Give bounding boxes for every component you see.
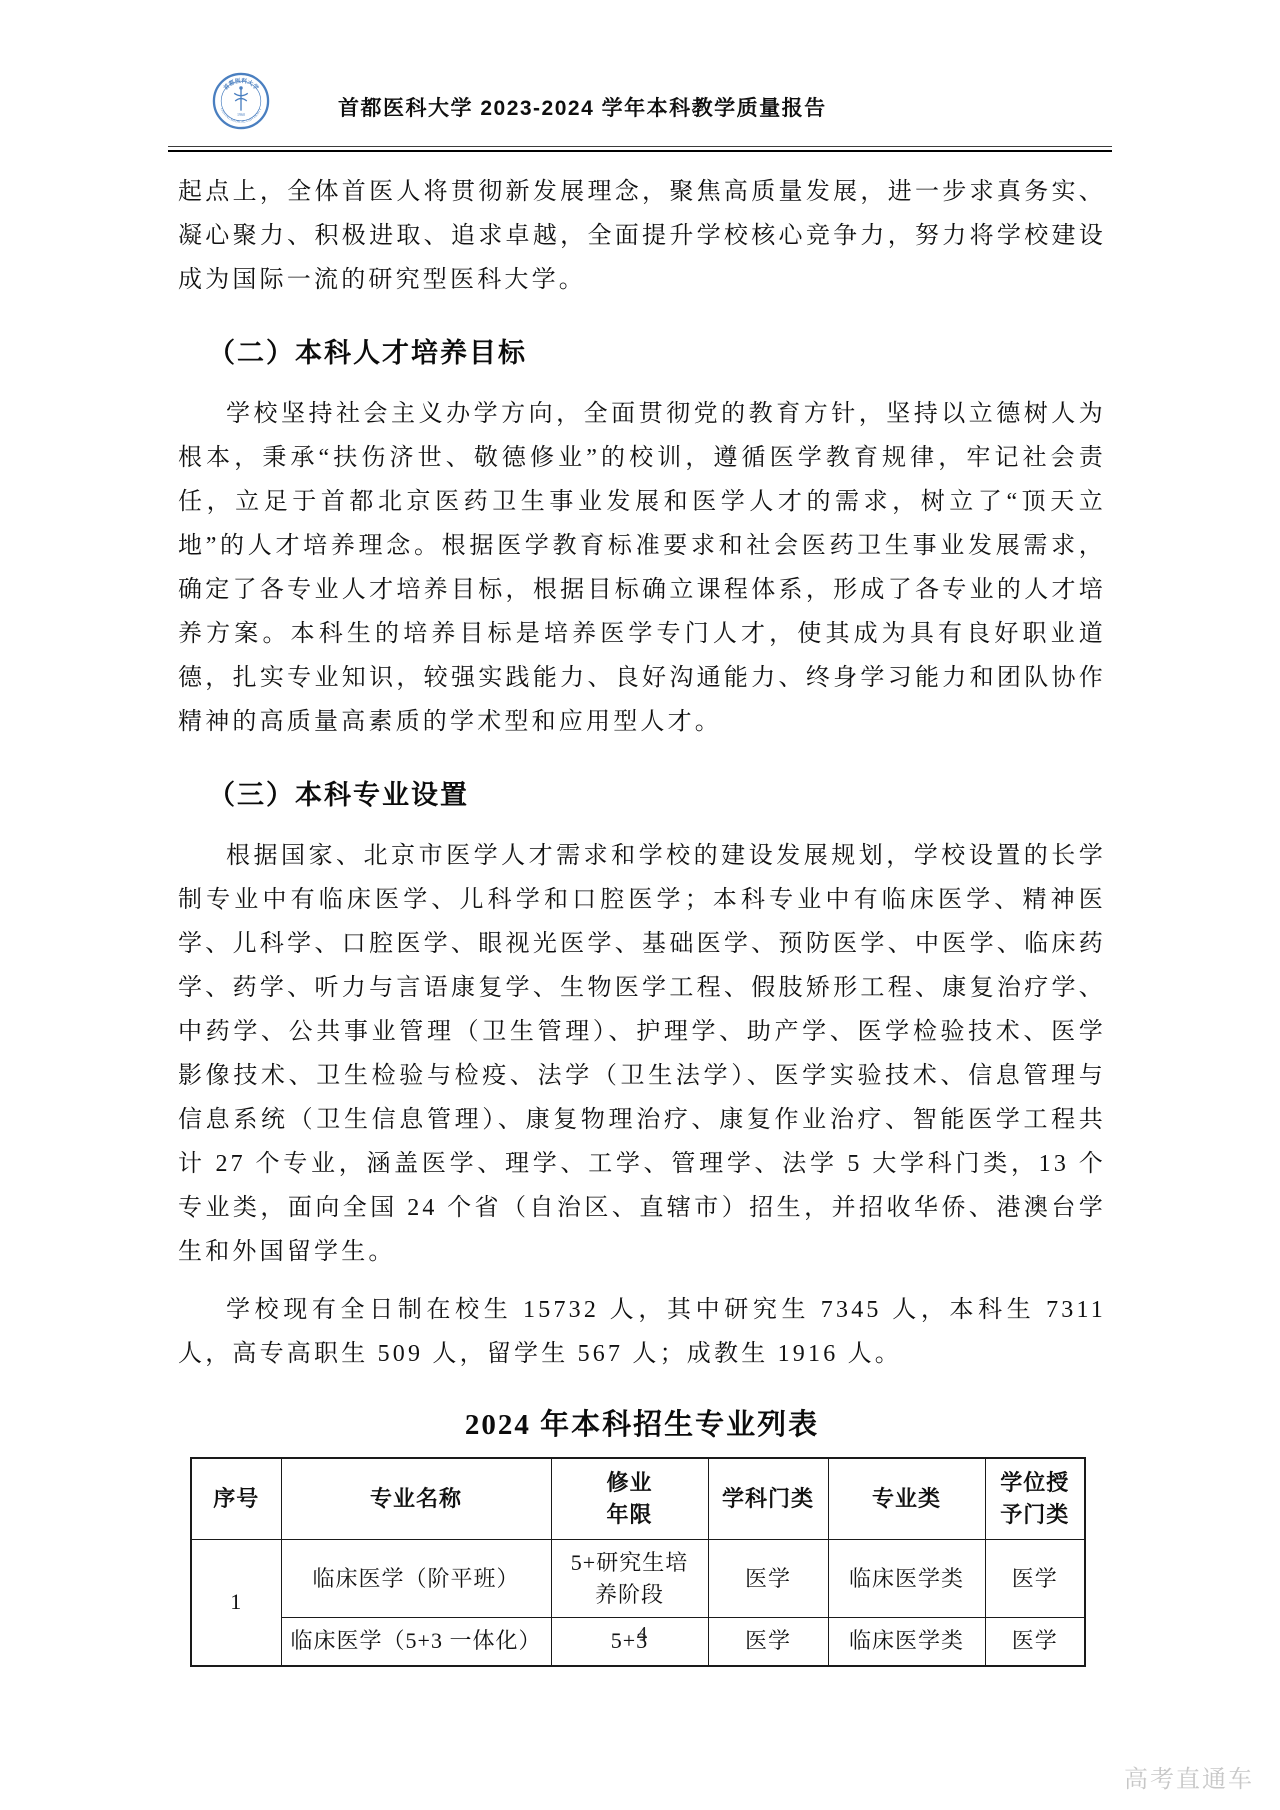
document-body: 起点上，全体首医人将贯彻新发展理念，聚焦高质量发展，进一步求真务实、凝心聚力、积… xyxy=(178,152,1106,1667)
column-header-no: 序号 xyxy=(191,1458,281,1540)
cell-duration: 5+研究生培 养阶段 xyxy=(551,1540,708,1618)
cell-major: 临床医学（阶平班） xyxy=(281,1540,551,1618)
page-number: 4 xyxy=(178,1622,1106,1647)
university-seal-icon: 首都医科大学 CAPITAL MEDICAL UNIVERSITY 1960 xyxy=(212,72,270,130)
section-heading-3: （三）本科专业设置 xyxy=(208,776,1106,814)
column-header-category: 专业类 xyxy=(828,1458,985,1540)
table-header-row: 序号 专业名称 修业 年限 学科门类 专业类 学位授 予门类 xyxy=(191,1458,1085,1540)
column-header-major: 专业名称 xyxy=(281,1458,551,1540)
column-header-discipline: 学科门类 xyxy=(708,1458,828,1540)
document-page: 首都医科大学 CAPITAL MEDICAL UNIVERSITY 1960 首… xyxy=(0,0,1280,1810)
paragraph-1: 起点上，全体首医人将贯彻新发展理念，聚焦高质量发展，进一步求真务实、凝心聚力、积… xyxy=(178,170,1106,302)
table-row: 1 临床医学（阶平班） 5+研究生培 养阶段 医学 临床医学类 医学 xyxy=(191,1540,1085,1618)
cell-degree: 医学 xyxy=(985,1540,1085,1618)
column-header-degree: 学位授 予门类 xyxy=(985,1458,1085,1540)
cell-discipline: 医学 xyxy=(708,1540,828,1618)
header-title: 首都医科大学 2023-2024 学年本科教学质量报告 xyxy=(338,92,827,122)
section-heading-2: （二）本科人才培养目标 xyxy=(208,334,1106,372)
seal-year: 1960 xyxy=(237,112,245,117)
paragraph-3: 根据国家、北京市医学人才需求和学校的建设发展规划，学校设置的长学制专业中有临床医… xyxy=(178,834,1106,1274)
caduceus-icon xyxy=(234,86,248,110)
paragraph-4: 学校现有全日制在校生 15732 人，其中研究生 7345 人，本科生 7311… xyxy=(178,1288,1106,1376)
table-title: 2024 年本科招生专业列表 xyxy=(178,1402,1106,1443)
cell-category: 临床医学类 xyxy=(828,1540,985,1618)
column-header-duration: 修业 年限 xyxy=(551,1458,708,1540)
watermark: 高考直通车 xyxy=(1124,1759,1254,1794)
paragraph-2: 学校坚持社会主义办学方向，全面贯彻党的教育方针，坚持以立德树人为根本，秉承“扶伤… xyxy=(178,392,1106,744)
